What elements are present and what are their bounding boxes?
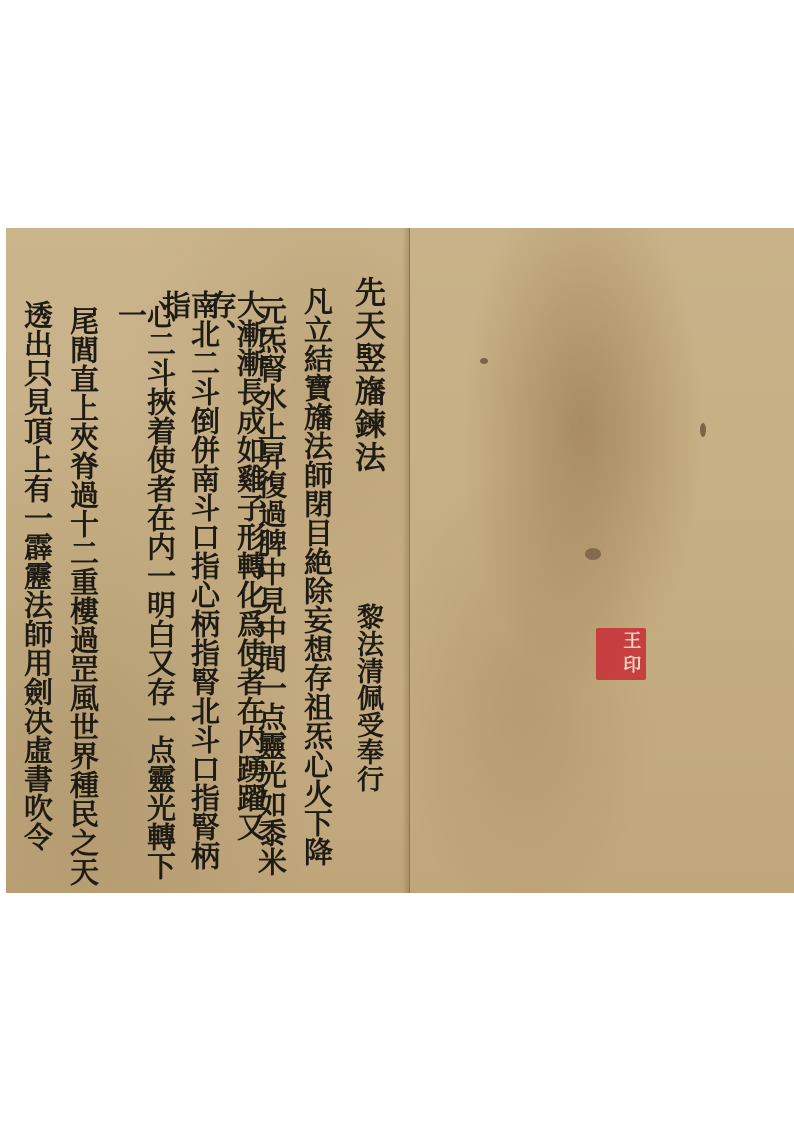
text-column-1: 凡立結寶旛法師閉目絶除妄想存祖炁心火下降 xyxy=(302,286,331,866)
ink-spot xyxy=(700,423,706,437)
ink-spot xyxy=(585,548,601,560)
text-column-7: 透出只見頂上有一霹靂法師用劍决虛書吹令 xyxy=(22,300,51,851)
text-column-6: 尾閭直上夾脊過十二重樓過罡風世界種民之天 xyxy=(68,306,97,886)
manuscript-scan: 先天竪旛鍊法 黎法清佩受奉行 凡立結寶旛法師閉目絶除妄想存祖炁心火下降 元炁腎水… xyxy=(6,228,794,893)
ink-spot xyxy=(480,358,488,364)
title: 先天竪旛鍊法 xyxy=(351,276,382,474)
signature: 黎法清佩受奉行 xyxy=(354,603,381,792)
red-seal-stamp: 王 印 xyxy=(596,628,646,680)
text-block: 先天竪旛鍊法 黎法清佩受奉行 凡立結寶旛法師閉目絶除妄想存祖炁心火下降 元炁腎水… xyxy=(6,228,409,893)
seal-char: 印 xyxy=(622,655,644,678)
seal-char: 王 xyxy=(622,631,644,654)
right-page: 王 印 xyxy=(410,228,794,893)
text-column-5: 心二斗挾着使者在内一明白又存一点靈光轉下一 xyxy=(116,300,174,893)
seal-char xyxy=(599,655,621,678)
left-page: 先天竪旛鍊法 黎法清佩受奉行 凡立結寶旛法師閉目絶除妄想存祖炁心火下降 元炁腎水… xyxy=(6,228,410,893)
seal-char xyxy=(599,631,621,654)
